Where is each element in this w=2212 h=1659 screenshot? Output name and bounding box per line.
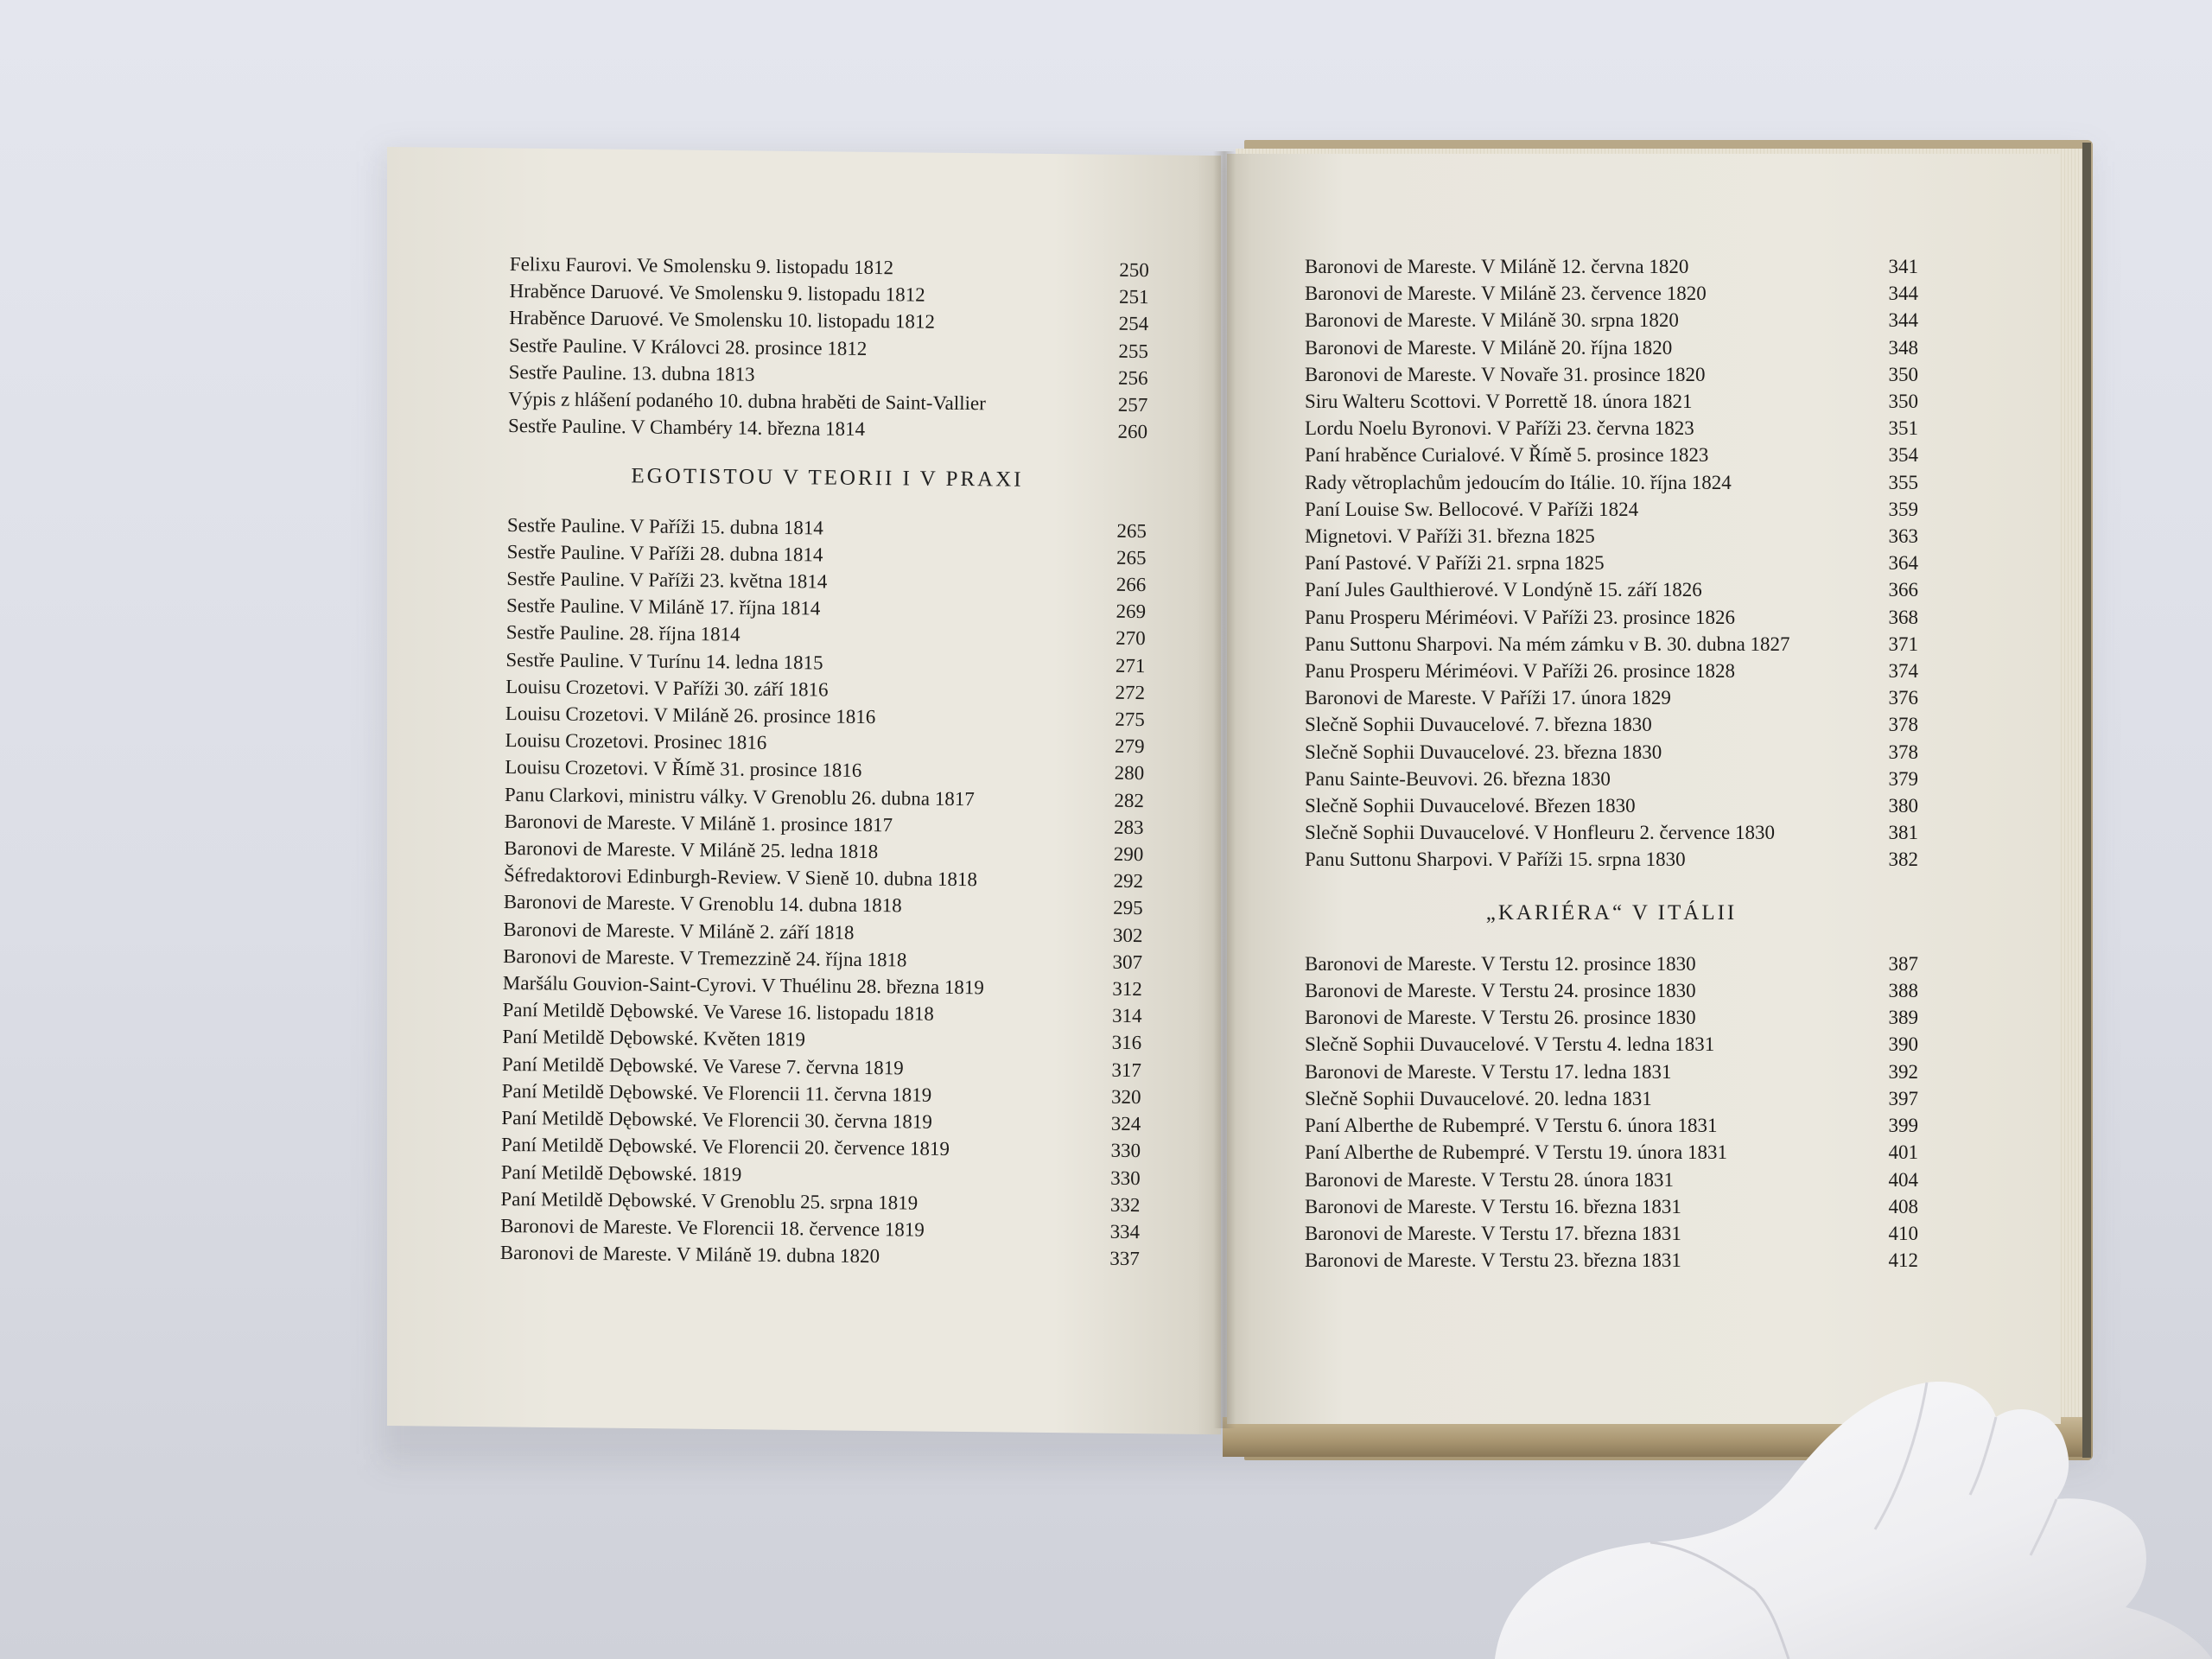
toc-entry-page: 371	[1866, 631, 1918, 658]
toc-entry-page: 260	[1096, 418, 1147, 446]
toc-entry-page: 250	[1097, 257, 1149, 284]
toc-entry-page: 380	[1866, 792, 1918, 819]
toc-entry-page: 271	[1093, 652, 1145, 679]
toc-entry-title: Baronovi de Mareste. V Miláně 20. října …	[1305, 334, 1866, 361]
toc-entry: Panu Suttonu Sharpovi. Na mém zámku v B.…	[1305, 631, 1918, 658]
toc-entry: Baronovi de Mareste. V Paříži 17. února …	[1305, 684, 1918, 711]
left-page-contents: Felixu Faurovi. Ve Smolensku 9. listopad…	[500, 251, 1149, 1272]
toc-entry-title: Baronovi de Mareste. V Miláně 30. srpna …	[1305, 307, 1866, 334]
toc-entry-page: 408	[1866, 1193, 1918, 1220]
toc-entry: Sestře Pauline. V Chambéry 14. března 18…	[508, 412, 1147, 445]
toc-entry-page: 344	[1866, 280, 1918, 307]
toc-entry-page: 378	[1866, 739, 1918, 766]
toc-entry-page: 330	[1089, 1164, 1141, 1192]
toc-entry-page: 350	[1866, 361, 1918, 388]
toc-entry-title: Slečně Sophii Duvaucelové. 23. března 18…	[1305, 739, 1866, 766]
toc-entry-page: 282	[1092, 786, 1144, 814]
toc-entry-page: 399	[1866, 1112, 1918, 1139]
toc-entry-title: Baronovi de Mareste. V Terstu 16. března…	[1305, 1193, 1866, 1220]
toc-entry-page: 382	[1866, 846, 1918, 873]
toc-entry-page: 410	[1866, 1220, 1918, 1247]
toc-entry-title: Siru Walteru Scottovi. V Porrettě 18. ún…	[1305, 388, 1866, 415]
toc-entry-page: 368	[1866, 604, 1918, 631]
toc-entry: Siru Walteru Scottovi. V Porrettě 18. ún…	[1305, 388, 1918, 415]
toc-entry-page: 266	[1094, 571, 1146, 599]
toc-entry: Paní Pastové. V Paříži 21. srpna 1825364	[1305, 550, 1918, 576]
toc-group-section: Baronovi de Mareste. V Terstu 12. prosin…	[1305, 950, 1918, 1274]
toc-entry: Paní Alberthe de Rubempré. V Terstu 6. ú…	[1305, 1112, 1918, 1139]
toc-entry-page: 251	[1096, 283, 1148, 311]
toc-entry-page: 316	[1090, 1029, 1141, 1057]
toc-entry-page: 348	[1866, 334, 1918, 361]
toc-entry-page: 280	[1092, 760, 1144, 787]
toc-entry-page: 397	[1866, 1085, 1918, 1112]
toc-entry-page: 355	[1866, 469, 1918, 496]
toc-entry-page: 359	[1866, 496, 1918, 523]
toc-entry-page: 312	[1090, 976, 1142, 1003]
toc-entry-page: 330	[1089, 1137, 1141, 1165]
toc-entry-title: Baronovi de Mareste. V Terstu 17. března…	[1305, 1220, 1866, 1247]
toc-entry-page: 392	[1866, 1058, 1918, 1085]
toc-entry-page: 341	[1866, 253, 1918, 280]
toc-group-top: Baronovi de Mareste. V Miláně 12. června…	[1305, 253, 1918, 874]
toc-entry-page: 337	[1088, 1245, 1140, 1273]
toc-entry-title: Panu Suttonu Sharpovi. Na mém zámku v B.…	[1305, 631, 1866, 658]
toc-entry-page: 320	[1089, 1083, 1141, 1110]
toc-entry-page: 272	[1093, 678, 1145, 706]
toc-entry: Paní Louise Sw. Bellocové. V Paříži 1824…	[1305, 496, 1918, 523]
toc-entry: Baronovi de Mareste. V Novaře 31. prosin…	[1305, 361, 1918, 388]
toc-entry: Baronovi de Mareste. V Terstu 17. ledna …	[1305, 1058, 1918, 1085]
toc-entry-page: 351	[1866, 415, 1918, 442]
toc-entry: Baronovi de Mareste. V Miláně 12. června…	[1305, 253, 1918, 280]
toc-entry-page: 387	[1866, 950, 1918, 977]
toc-entry-page: 334	[1088, 1217, 1140, 1245]
toc-entry-title: Slečně Sophii Duvaucelové. Březen 1830	[1305, 792, 1866, 819]
toc-entry-title: Paní Pastové. V Paříži 21. srpna 1825	[1305, 550, 1866, 576]
toc-entry-page: 292	[1091, 868, 1143, 895]
toc-entry-page: 265	[1095, 517, 1147, 544]
section-heading: „KARIÉRA“ V ITÁLII	[1305, 899, 1918, 926]
toc-entry-title: Paní hraběnce Curialové. V Římě 5. prosi…	[1305, 442, 1866, 468]
right-page-contents: Baronovi de Mareste. V Miláně 12. června…	[1305, 253, 1918, 1274]
toc-entry-page: 401	[1866, 1139, 1918, 1166]
book-cover-right-edge	[2082, 143, 2091, 1458]
toc-entry-title: Baronovi de Mareste. V Terstu 24. prosin…	[1305, 977, 1866, 1004]
photo-scene: Felixu Faurovi. Ve Smolensku 9. listopad…	[0, 0, 2212, 1659]
toc-entry: Slečně Sophii Duvaucelové. V Terstu 4. l…	[1305, 1031, 1918, 1058]
toc-entry: Slečně Sophii Duvaucelové. 23. března 18…	[1305, 739, 1918, 766]
toc-entry: Baronovi de Mareste. V Miláně 23. červen…	[1305, 280, 1918, 307]
toc-entry-title: Baronovi de Mareste. V Terstu 28. února …	[1305, 1166, 1866, 1193]
toc-entry-page: 332	[1088, 1191, 1140, 1218]
book-gutter	[1213, 151, 1236, 1428]
toc-entry-page: 269	[1094, 598, 1146, 626]
toc-entry-title: Panu Sainte-Beuvovi. 26. března 1830	[1305, 766, 1866, 792]
toc-entry-page: 317	[1090, 1056, 1141, 1084]
toc-entry-page: 314	[1090, 1002, 1141, 1030]
toc-entry-page: 374	[1866, 658, 1918, 684]
toc-entry-page: 366	[1866, 576, 1918, 603]
toc-entry-page: 255	[1096, 337, 1148, 365]
toc-entry: Panu Suttonu Sharpovi. V Paříži 15. srpn…	[1305, 846, 1918, 873]
toc-entry-title: Baronovi de Mareste. V Terstu 17. ledna …	[1305, 1058, 1866, 1085]
toc-entry-page: 254	[1096, 310, 1148, 338]
toc-entry: Paní Alberthe de Rubempré. V Terstu 19. …	[1305, 1139, 1918, 1166]
toc-entry: Paní Jules Gaulthierové. V Londýně 15. z…	[1305, 576, 1918, 603]
toc-entry-page: 256	[1096, 364, 1147, 391]
toc-entry-page: 364	[1866, 550, 1918, 576]
toc-entry-page: 363	[1866, 523, 1918, 550]
toc-group-top: Felixu Faurovi. Ve Smolensku 9. listopad…	[508, 251, 1149, 446]
toc-entry-page: 379	[1866, 766, 1918, 792]
toc-entry: Baronovi de Mareste. V Terstu 26. prosin…	[1305, 1004, 1918, 1031]
toc-entry-page: 350	[1866, 388, 1918, 415]
toc-entry: Baronovi de Mareste. V Miláně 20. října …	[1305, 334, 1918, 361]
toc-entry-title: Baronovi de Mareste. V Novaře 31. prosin…	[1305, 361, 1866, 388]
toc-entry-page: 404	[1866, 1166, 1918, 1193]
toc-entry-page: 344	[1866, 307, 1918, 334]
toc-entry: Panu Prosperu Mériméovi. V Paříži 23. pr…	[1305, 604, 1918, 631]
toc-entry-title: Slečně Sophii Duvaucelové. 7. března 183…	[1305, 711, 1866, 738]
toc-entry-title: Paní Alberthe de Rubempré. V Terstu 19. …	[1305, 1139, 1866, 1166]
toc-entry-title: Baronovi de Mareste. V Miláně 23. červen…	[1305, 280, 1866, 307]
toc-entry: Baronovi de Mareste. V Terstu 17. března…	[1305, 1220, 1918, 1247]
toc-entry-page: 381	[1866, 819, 1918, 846]
toc-entry-page: 354	[1866, 442, 1918, 468]
toc-entry: Baronovi de Mareste. V Terstu 16. března…	[1305, 1193, 1918, 1220]
toc-entry-title: Lordu Noelu Byronovi. V Paříži 23. červn…	[1305, 415, 1866, 442]
toc-entry-title: Sestře Pauline. V Chambéry 14. března 18…	[508, 412, 1096, 445]
toc-entry: Baronovi de Mareste. V Terstu 24. prosin…	[1305, 977, 1918, 1004]
toc-entry-page: 390	[1866, 1031, 1918, 1058]
toc-group-section: Sestře Pauline. V Paříži 15. dubna 18142…	[500, 512, 1147, 1273]
toc-entry: Baronovi de Mareste. V Terstu 12. prosin…	[1305, 950, 1918, 977]
toc-entry-page: 324	[1089, 1110, 1141, 1138]
toc-entry: Slečně Sophii Duvaucelové. 20. ledna 183…	[1305, 1085, 1918, 1112]
toc-entry-title: Baronovi de Mareste. V Paříži 17. února …	[1305, 684, 1866, 711]
toc-entry-page: 376	[1866, 684, 1918, 711]
toc-entry-page: 302	[1090, 921, 1142, 949]
toc-entry-page: 257	[1096, 391, 1147, 419]
toc-entry-title: Baronovi de Mareste. V Terstu 26. prosin…	[1305, 1004, 1866, 1031]
toc-entry-page: 283	[1091, 813, 1143, 841]
toc-entry-title: Panu Prosperu Mériméovi. V Paříži 26. pr…	[1305, 658, 1866, 684]
toc-entry-page: 279	[1092, 733, 1144, 760]
toc-entry: Panu Prosperu Mériméovi. V Paříži 26. pr…	[1305, 658, 1918, 684]
toc-entry-title: Slečně Sophii Duvaucelové. 20. ledna 183…	[1305, 1085, 1866, 1112]
toc-entry-title: Panu Prosperu Mériméovi. V Paříži 23. pr…	[1305, 604, 1866, 631]
toc-entry-title: Paní Jules Gaulthierové. V Londýně 15. z…	[1305, 576, 1866, 603]
toc-entry-page: 295	[1091, 894, 1143, 922]
toc-entry-page: 378	[1866, 711, 1918, 738]
toc-entry-title: Panu Suttonu Sharpovi. V Paříži 15. srpn…	[1305, 846, 1866, 873]
toc-entry: Lordu Noelu Byronovi. V Paříži 23. červn…	[1305, 415, 1918, 442]
toc-entry-page: 275	[1093, 706, 1145, 734]
toc-entry: Rady větroplachům jedoucím do Itálie. 10…	[1305, 469, 1918, 496]
toc-entry: Baronovi de Mareste. V Terstu 23. března…	[1305, 1247, 1918, 1274]
toc-entry: Slečně Sophii Duvaucelové. 7. března 183…	[1305, 711, 1918, 738]
toc-entry-title: Rady větroplachům jedoucím do Itálie. 10…	[1305, 469, 1866, 496]
toc-entry-title: Paní Louise Sw. Bellocové. V Paříži 1824	[1305, 496, 1866, 523]
toc-entry-title: Baronovi de Mareste. V Miláně 19. dubna …	[500, 1239, 1088, 1272]
toc-entry-title: Baronovi de Mareste. V Miláně 12. června…	[1305, 253, 1866, 280]
toc-entry: Baronovi de Mareste. V Terstu 28. února …	[1305, 1166, 1918, 1193]
section-heading: EGOTISTOU V TEORII I V PRAXI	[507, 461, 1147, 494]
toc-entry-title: Mignetovi. V Paříži 31. března 1825	[1305, 523, 1866, 550]
toc-entry: Slečně Sophii Duvaucelové. V Honfleuru 2…	[1305, 819, 1918, 846]
toc-entry-title: Baronovi de Mareste. V Terstu 12. prosin…	[1305, 950, 1866, 977]
white-glove	[1469, 1331, 2212, 1659]
toc-entry-title: Slečně Sophii Duvaucelové. V Honfleuru 2…	[1305, 819, 1866, 846]
toc-entry-page: 290	[1091, 841, 1143, 868]
toc-entry-title: Paní Alberthe de Rubempré. V Terstu 6. ú…	[1305, 1112, 1866, 1139]
toc-entry-page: 389	[1866, 1004, 1918, 1031]
toc-entry-title: Slečně Sophii Duvaucelové. V Terstu 4. l…	[1305, 1031, 1866, 1058]
toc-entry-page: 265	[1094, 543, 1146, 571]
toc-entry-page: 412	[1866, 1247, 1918, 1274]
toc-entry-page: 388	[1866, 977, 1918, 1004]
toc-entry-title: Baronovi de Mareste. V Terstu 23. března…	[1305, 1247, 1866, 1274]
toc-entry: Panu Sainte-Beuvovi. 26. března 1830379	[1305, 766, 1918, 792]
toc-entry: Mignetovi. V Paříži 31. března 1825363	[1305, 523, 1918, 550]
toc-entry: Paní hraběnce Curialové. V Římě 5. prosi…	[1305, 442, 1918, 468]
toc-entry-page: 307	[1090, 948, 1142, 976]
toc-entry: Slečně Sophii Duvaucelové. Březen 183038…	[1305, 792, 1918, 819]
toc-entry: Baronovi de Mareste. V Miláně 30. srpna …	[1305, 307, 1918, 334]
toc-entry-page: 270	[1094, 625, 1146, 652]
